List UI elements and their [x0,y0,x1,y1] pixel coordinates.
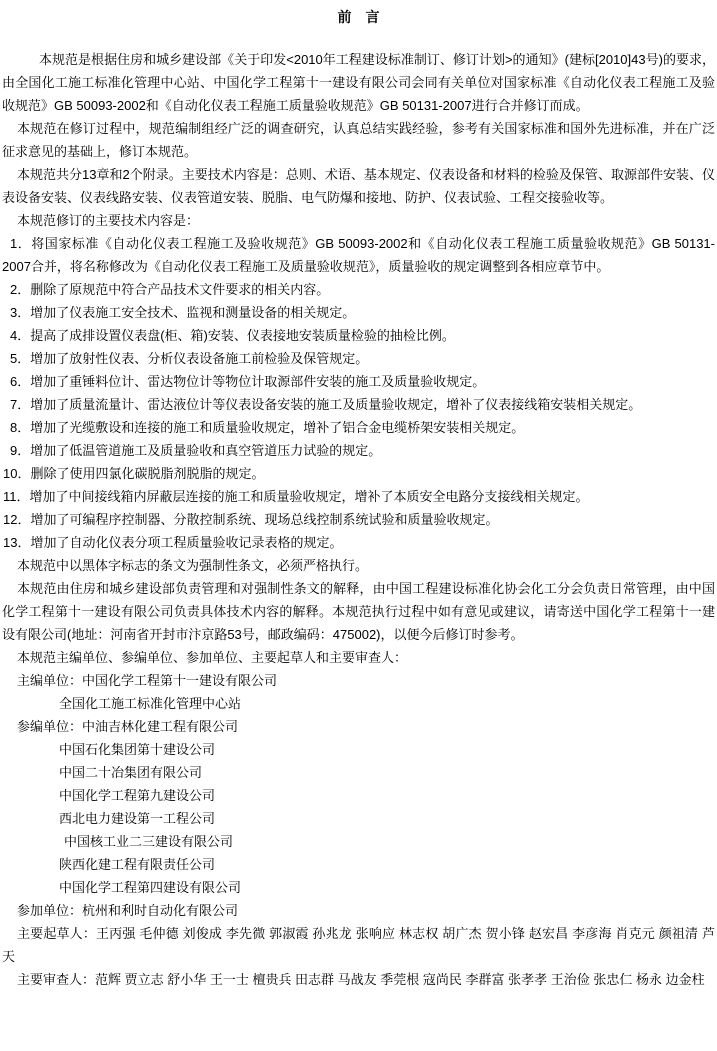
paragraph-units-intro: 本规范主编单位、参编单位、参加单位、主要起草人和主要审查人： [2,646,715,669]
revision-item-7: 7．增加了质量流量计、雷达液位计等仪表设备安装的施工及质量验收规定，增补了仪表接… [2,393,715,416]
paragraph-revisions-intro: 本规范修订的主要技术内容是： [2,209,715,232]
co-editor-units-lead: 参编单位：中油吉林化建工程有限公司 [2,715,715,738]
co-editor-unit: 中国石化集团第十建设公司 [2,738,715,761]
page-title: 前 言 [2,6,715,29]
paragraph-administration: 本规范由住房和城乡建设部负责管理和对强制性条文的解释，由中国工程建设标准化协会化… [2,577,715,646]
revision-item-5: 5．增加了放射性仪表、分析仪表设备施工前检验及保管规定。 [2,347,715,370]
revision-item-6: 6．增加了重锤料位计、雷达物位计等物位计取源部件安装的施工及质量验收规定。 [2,370,715,393]
co-editor-unit: 中国核工业二三建设有限公司 [2,830,715,853]
revision-item-8: 8．增加了光缆敷设和连接的施工和质量验收规定，增补了铝合金电缆桥架安装相关规定。 [2,416,715,439]
revision-item-12: 12．增加了可编程序控制器、分散控制系统、现场总线控制系统试验和质量验收规定。 [2,508,715,531]
participating-unit-line: 参加单位：杭州和利时自动化有限公司 [2,899,715,922]
co-editor-unit: 陕西化建工程有限责任公司 [2,853,715,876]
paragraph-revision-process: 本规范在修订过程中，规范编制组经广泛的调查研究，认真总结实践经验，参考有关国家标… [2,117,715,163]
co-editor-unit: 西北电力建设第一工程公司 [2,807,715,830]
revision-item-9: 9．增加了低温管道施工及质量验收和真空管道压力试验的规定。 [2,439,715,462]
co-editor-unit: 中国化学工程第九建设公司 [2,784,715,807]
revision-item-3: 3．增加了仪表施工安全技术、监视和测量设备的相关规定。 [2,301,715,324]
revision-item-4: 4．提高了成排设置仪表盘(柜、箱)安装、仪表接地安装质量检验的抽检比例。 [2,324,715,347]
paragraph-basis: 本规范是根据住房和城乡建设部《关于印发<2010年工程建设标准制订、修订计划>的… [2,48,715,117]
reviewers-line: 主要审查人：范辉 贾立志 舒小华 王一士 檀贵兵 田志群 马战友 季莞根 寇尚民… [2,968,715,991]
co-editor-unit: 中国化学工程第四建设有限公司 [2,876,715,899]
chief-editor-unit-line: 主编单位：中国化学工程第十一建设有限公司 [2,669,715,692]
paragraph-contents: 本规范共分13章和2个附录。主要技术内容是：总则、术语、基本规定、仪表设备和材料… [2,163,715,209]
chief-editor-unit-2: 全国化工施工标准化管理中心站 [2,692,715,715]
co-editor-unit: 中国二十冶集团有限公司 [2,761,715,784]
drafters-line: 主要起草人：王丙强 毛仲德 刘俊成 李先微 郭淑霞 孙兆龙 张响应 林志权 胡广… [2,922,715,968]
revision-item-11: 11．增加了中间接线箱内屏蔽层连接的施工和质量验收规定，增补了本质安全电路分支接… [2,485,715,508]
revision-item-13: 13．增加了自动化仪表分项工程质量验收记录表格的规定。 [2,531,715,554]
revision-item-2: 2．删除了原规范中符合产品技术文件要求的相关内容。 [2,278,715,301]
revision-item-10: 10．删除了使用四氯化碳脱脂剂脱脂的规定。 [2,462,715,485]
foreword-page: 前 言 本规范是根据住房和城乡建设部《关于印发<2010年工程建设标准制订、修订… [0,0,717,1051]
revision-item-1: 1．将国家标准《自动化仪表工程施工及验收规范》GB 50093-2002和《自动… [2,232,715,278]
paragraph-mandatory-clauses: 本规范中以黑体字标志的条文为强制性条文，必须严格执行。 [2,554,715,577]
